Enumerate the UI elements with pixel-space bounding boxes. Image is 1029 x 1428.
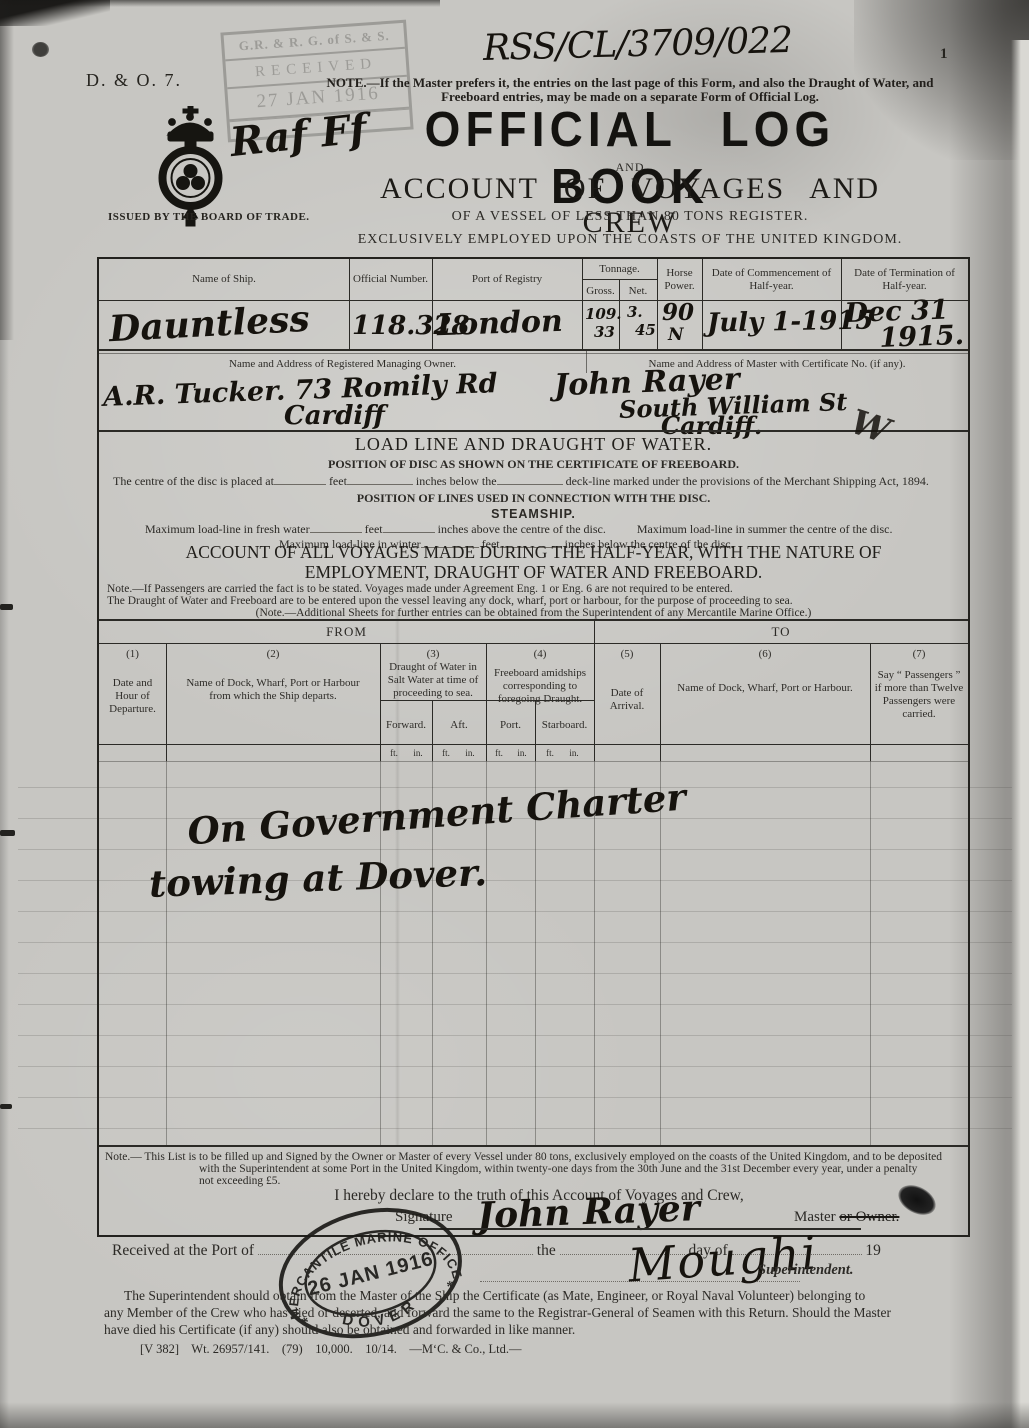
master-or-owner: Master or Owner. bbox=[794, 1209, 899, 1226]
horse-bottom: N bbox=[668, 325, 684, 345]
value-termination: Dec 31 1915. bbox=[844, 297, 964, 352]
col-net: Net. bbox=[619, 285, 657, 298]
value-net-tonnage: 3. 45 bbox=[627, 303, 656, 339]
centre-pre: The centre of the disc is placed at bbox=[113, 474, 274, 488]
the-label: the bbox=[537, 1242, 556, 1259]
col-tonnage: Tonnage. bbox=[582, 263, 657, 276]
subtitle: ACCOUNT OF VOYAGES AND CREW bbox=[320, 172, 940, 240]
position-of-lines: POSITION OF LINES USED IN CONNECTION WIT… bbox=[99, 491, 968, 506]
col4-num: (4) bbox=[486, 648, 594, 661]
col3-sub-forward: Forward. bbox=[380, 719, 432, 732]
net-top: 3. bbox=[627, 303, 643, 321]
form-code: D. & O. 7. bbox=[86, 70, 182, 91]
tagline-1: OF A VESSEL OF LESS THAN 80 TONS REGISTE… bbox=[330, 209, 930, 225]
load-line-title: LOAD LINE AND DRAUGHT OF WATER. bbox=[99, 434, 968, 455]
archive-reference: RSS/CL/3709/022 bbox=[483, 20, 793, 69]
declaration-note-2: with the Superintendent at some Port in … bbox=[199, 1163, 959, 1175]
col3-sub-aft: Aft. bbox=[432, 719, 486, 732]
col-official-number: Official Number. bbox=[349, 273, 432, 286]
col3-num: (3) bbox=[380, 648, 486, 661]
top-note-line1: —If the Master prefers it, the entries o… bbox=[367, 75, 934, 90]
col-name-of-ship: Name of Ship. bbox=[99, 273, 349, 286]
centre-of-disc-line: The centre of the disc is placed at feet… bbox=[113, 473, 958, 489]
col-termination: Date of Termination of Half-year. bbox=[845, 267, 964, 293]
declaration-note-3: not exceeding £5. bbox=[199, 1175, 959, 1187]
deck-line-label: deck-line marked under the provisions of… bbox=[566, 474, 929, 488]
scan-right-page-edge bbox=[1011, 40, 1029, 1428]
left-edge-tick bbox=[0, 1104, 12, 1109]
col-horse-power: Horse Power. bbox=[657, 267, 702, 293]
blank-line bbox=[347, 473, 413, 485]
voyages-heading-1: ACCOUNT OF ALL VOYAGES MADE DURING THE H… bbox=[99, 542, 968, 563]
gross-bottom: 33 bbox=[594, 323, 615, 341]
col-gross: Gross. bbox=[582, 285, 619, 298]
col7-label: Say “ Passengers ” if more than Twelve P… bbox=[874, 669, 964, 721]
value-horse-power: 90 N bbox=[662, 303, 694, 342]
voyage-entry-line2: towing at Dover. bbox=[148, 850, 487, 906]
top-note-label: NOTE. bbox=[327, 75, 367, 90]
page-number: 1 bbox=[940, 46, 948, 63]
col4-sub-starboard: Starboard. bbox=[535, 719, 594, 732]
unit-in: in. bbox=[407, 748, 429, 759]
summer-label: Maximum load-line in summer the centre o… bbox=[637, 522, 893, 536]
col-commencement: Date of Commencement of Half-year. bbox=[706, 267, 837, 293]
voyage-entry-line1: On Government Charter bbox=[186, 775, 687, 854]
tagline-2: EXCLUSIVELY EMPLOYED UPON THE COASTS OF … bbox=[300, 232, 960, 248]
col6-label: Name of Dock, Wharf, Port or Harbour. bbox=[662, 682, 868, 695]
unit-ft: ft. bbox=[383, 748, 405, 759]
horse-top: 90 bbox=[662, 299, 694, 326]
scan-bottom-shadow bbox=[0, 1402, 1029, 1428]
scan-top-edge bbox=[0, 0, 440, 7]
col6-num: (6) bbox=[660, 648, 870, 661]
blank-line bbox=[274, 473, 326, 485]
superintendent-label: Superintendent. bbox=[758, 1262, 853, 1279]
steamship-label: STEAMSHIP. bbox=[99, 507, 968, 521]
superintendent-para-2: any Member of the Crew who has died or d… bbox=[104, 1305, 969, 1321]
position-of-disc: POSITION OF DISC AS SHOWN ON THE CERTIFI… bbox=[99, 457, 968, 472]
year-label: 19 bbox=[865, 1242, 881, 1259]
inches-below-label: inches below the bbox=[416, 474, 497, 488]
to-header: TO bbox=[594, 624, 968, 640]
unit-in: in. bbox=[511, 748, 533, 759]
unit-in: in. bbox=[459, 748, 481, 759]
col4-sub-port: Port. bbox=[486, 719, 535, 732]
superintendent-para-3: have died his Certificate (if any) shoul… bbox=[104, 1322, 969, 1338]
from-header: FROM bbox=[99, 624, 594, 640]
col7-num: (7) bbox=[870, 648, 968, 661]
master-word: Master bbox=[794, 1209, 836, 1225]
declaration-note-1: Note.— This List is to be filled up and … bbox=[105, 1151, 963, 1163]
col5-num: (5) bbox=[594, 648, 660, 661]
superintendent-para-1: The Superintendent should obtain from th… bbox=[124, 1288, 969, 1304]
inches-above-label: inches above the centre of the disc. bbox=[438, 522, 606, 536]
gross-top: 109. bbox=[585, 305, 622, 323]
unit-in: in. bbox=[563, 748, 585, 759]
scan-left-shadow-lower bbox=[0, 340, 9, 1428]
scan-left-shadow bbox=[0, 0, 14, 340]
blank-line bbox=[310, 521, 362, 533]
form-body-box: Name of Ship. Official Number. Port of R… bbox=[97, 257, 970, 1237]
received-at-label: Received at the Port of bbox=[112, 1242, 254, 1259]
blank-line bbox=[497, 473, 563, 485]
col-port-of-registry: Port of Registry bbox=[432, 273, 582, 286]
col1-label: Date and Hour of Departure. bbox=[101, 677, 164, 716]
termination-line2: 1915. bbox=[879, 320, 965, 354]
owner-value-line2: Cardiff bbox=[284, 401, 385, 431]
voyages-note-1: Note.—If Passengers are carried the fact… bbox=[107, 583, 963, 595]
unit-ft: ft. bbox=[488, 748, 510, 759]
col2-num: (2) bbox=[166, 648, 380, 661]
scanned-document-page: D. & O. 7. G.R. & R. G. of S. & S. RECEI… bbox=[0, 0, 1029, 1428]
feet-label: feet bbox=[365, 522, 383, 536]
col4-label: Freeboard amidships corresponding to for… bbox=[489, 667, 591, 706]
fresh-water-line: Maximum load-line in fresh water feet in… bbox=[145, 521, 892, 537]
feet-label: feet bbox=[329, 474, 347, 488]
value-gross-tonnage: 109. 33 bbox=[585, 305, 622, 341]
printers-imprint: [V 382] Wt. 26957/141. (79) 10,000. 10/1… bbox=[140, 1342, 521, 1357]
left-edge-tick bbox=[0, 830, 15, 836]
fresh-pre: Maximum load-line in fresh water bbox=[145, 522, 310, 536]
value-ship-name: Dauntless bbox=[108, 298, 311, 350]
col5-label: Date of Arrival. bbox=[596, 687, 658, 713]
unit-ft: ft. bbox=[435, 748, 457, 759]
issued-by: ISSUED BY THE BOARD OF TRADE. bbox=[108, 211, 310, 223]
voyages-heading-2: EMPLOYMENT, DRAUGHT OF WATER AND FREEBOA… bbox=[99, 562, 968, 583]
col3-label: Draught of Water in Salt Water at time o… bbox=[383, 661, 483, 700]
punch-hole bbox=[32, 42, 49, 57]
col2-label: Name of Dock, Wharf, Port or Harbour fro… bbox=[179, 677, 367, 703]
col1-num: (1) bbox=[99, 648, 166, 661]
or-owner-word: or Owner. bbox=[839, 1209, 899, 1225]
voyages-note-3: (Note.—Additional Sheets for further ent… bbox=[99, 607, 968, 619]
net-bottom: 45 bbox=[635, 321, 656, 339]
unit-ft: ft. bbox=[539, 748, 561, 759]
blank-line bbox=[383, 521, 435, 533]
left-edge-tick bbox=[0, 604, 13, 610]
owner-label: Name and Address of Registered Managing … bbox=[99, 358, 586, 371]
voyages-note-2: The Draught of Water and Freeboard are t… bbox=[107, 595, 963, 607]
value-port: London bbox=[436, 304, 563, 343]
